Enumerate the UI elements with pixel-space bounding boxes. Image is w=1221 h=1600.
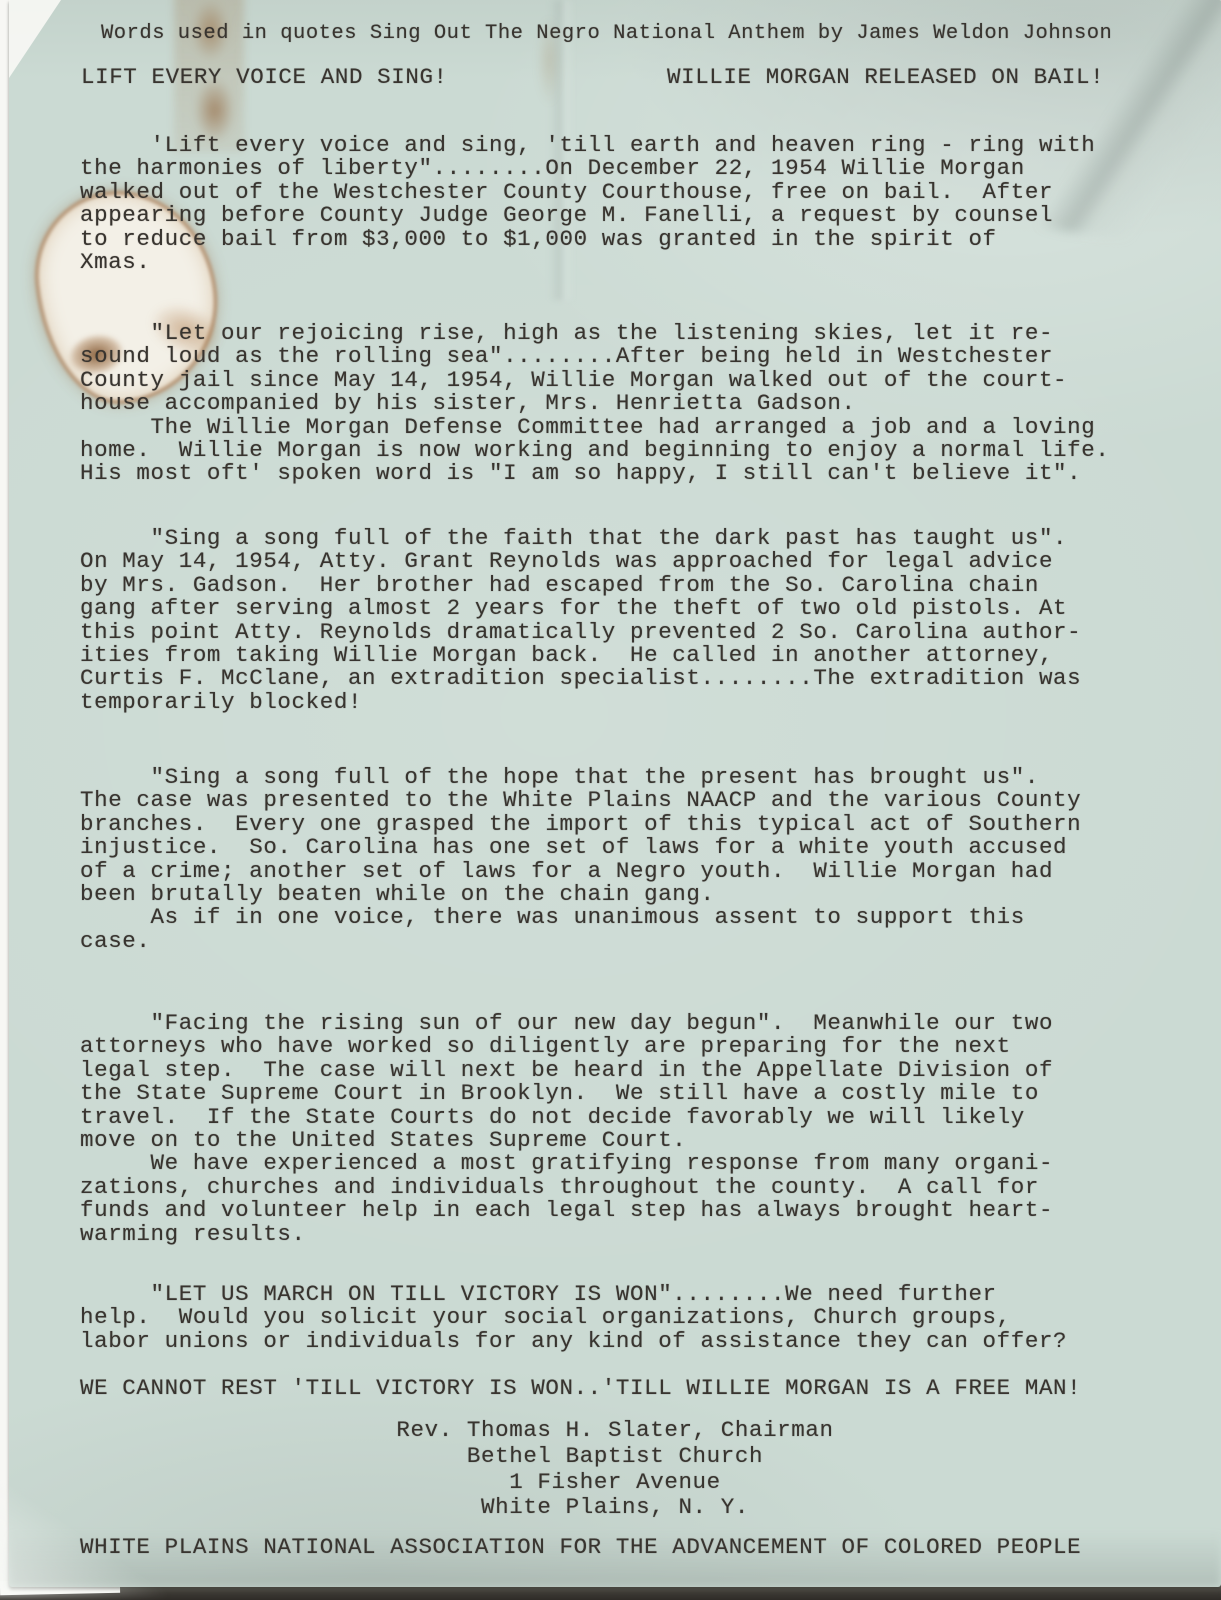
- document-paper: Words used in quotes Sing Out The Negro …: [9, 0, 1221, 1587]
- signature-address: 1 Fisher Avenue: [509, 1469, 721, 1495]
- signature-church: Bethel Baptist Church: [467, 1443, 763, 1469]
- paragraph-hope: "Sing a song full of the hope that the p…: [80, 766, 1081, 953]
- paragraph-march-on: "LET US MARCH ON TILL VICTORY IS WON"...…: [80, 1283, 1067, 1353]
- organization-footer: WHITE PLAINS NATIONAL ASSOCIATION FOR TH…: [80, 1536, 1081, 1559]
- paper-corner-fold: [9, 0, 61, 78]
- headline-right: WILLIE MORGAN RELEASED ON BAIL!: [667, 66, 1104, 89]
- headline-left: LIFT EVERY VOICE AND SING!: [81, 66, 448, 89]
- signature-city: White Plains, N. Y.: [481, 1494, 749, 1520]
- paragraph-rising-sun: "Facing the rising sun of our new day be…: [80, 1012, 1053, 1246]
- paragraph-lift-every-voice: 'Lift every voice and sing, 'till earth …: [80, 134, 1095, 274]
- paragraph-faith: "Sing a song full of the faith that the …: [80, 527, 1081, 714]
- slogan-line: WE CANNOT REST 'TILL VICTORY IS WON..'TI…: [80, 1377, 1081, 1400]
- signature-block: Rev. Thomas H. Slater, Chairman Bethel B…: [9, 1418, 1221, 1521]
- attribution-note: Words used in quotes Sing Out The Negro …: [101, 22, 1112, 45]
- paragraph-rejoicing: "Let our rejoicing rise, high as the lis…: [80, 322, 1109, 486]
- signature-chairman: Rev. Thomas H. Slater, Chairman: [396, 1417, 833, 1443]
